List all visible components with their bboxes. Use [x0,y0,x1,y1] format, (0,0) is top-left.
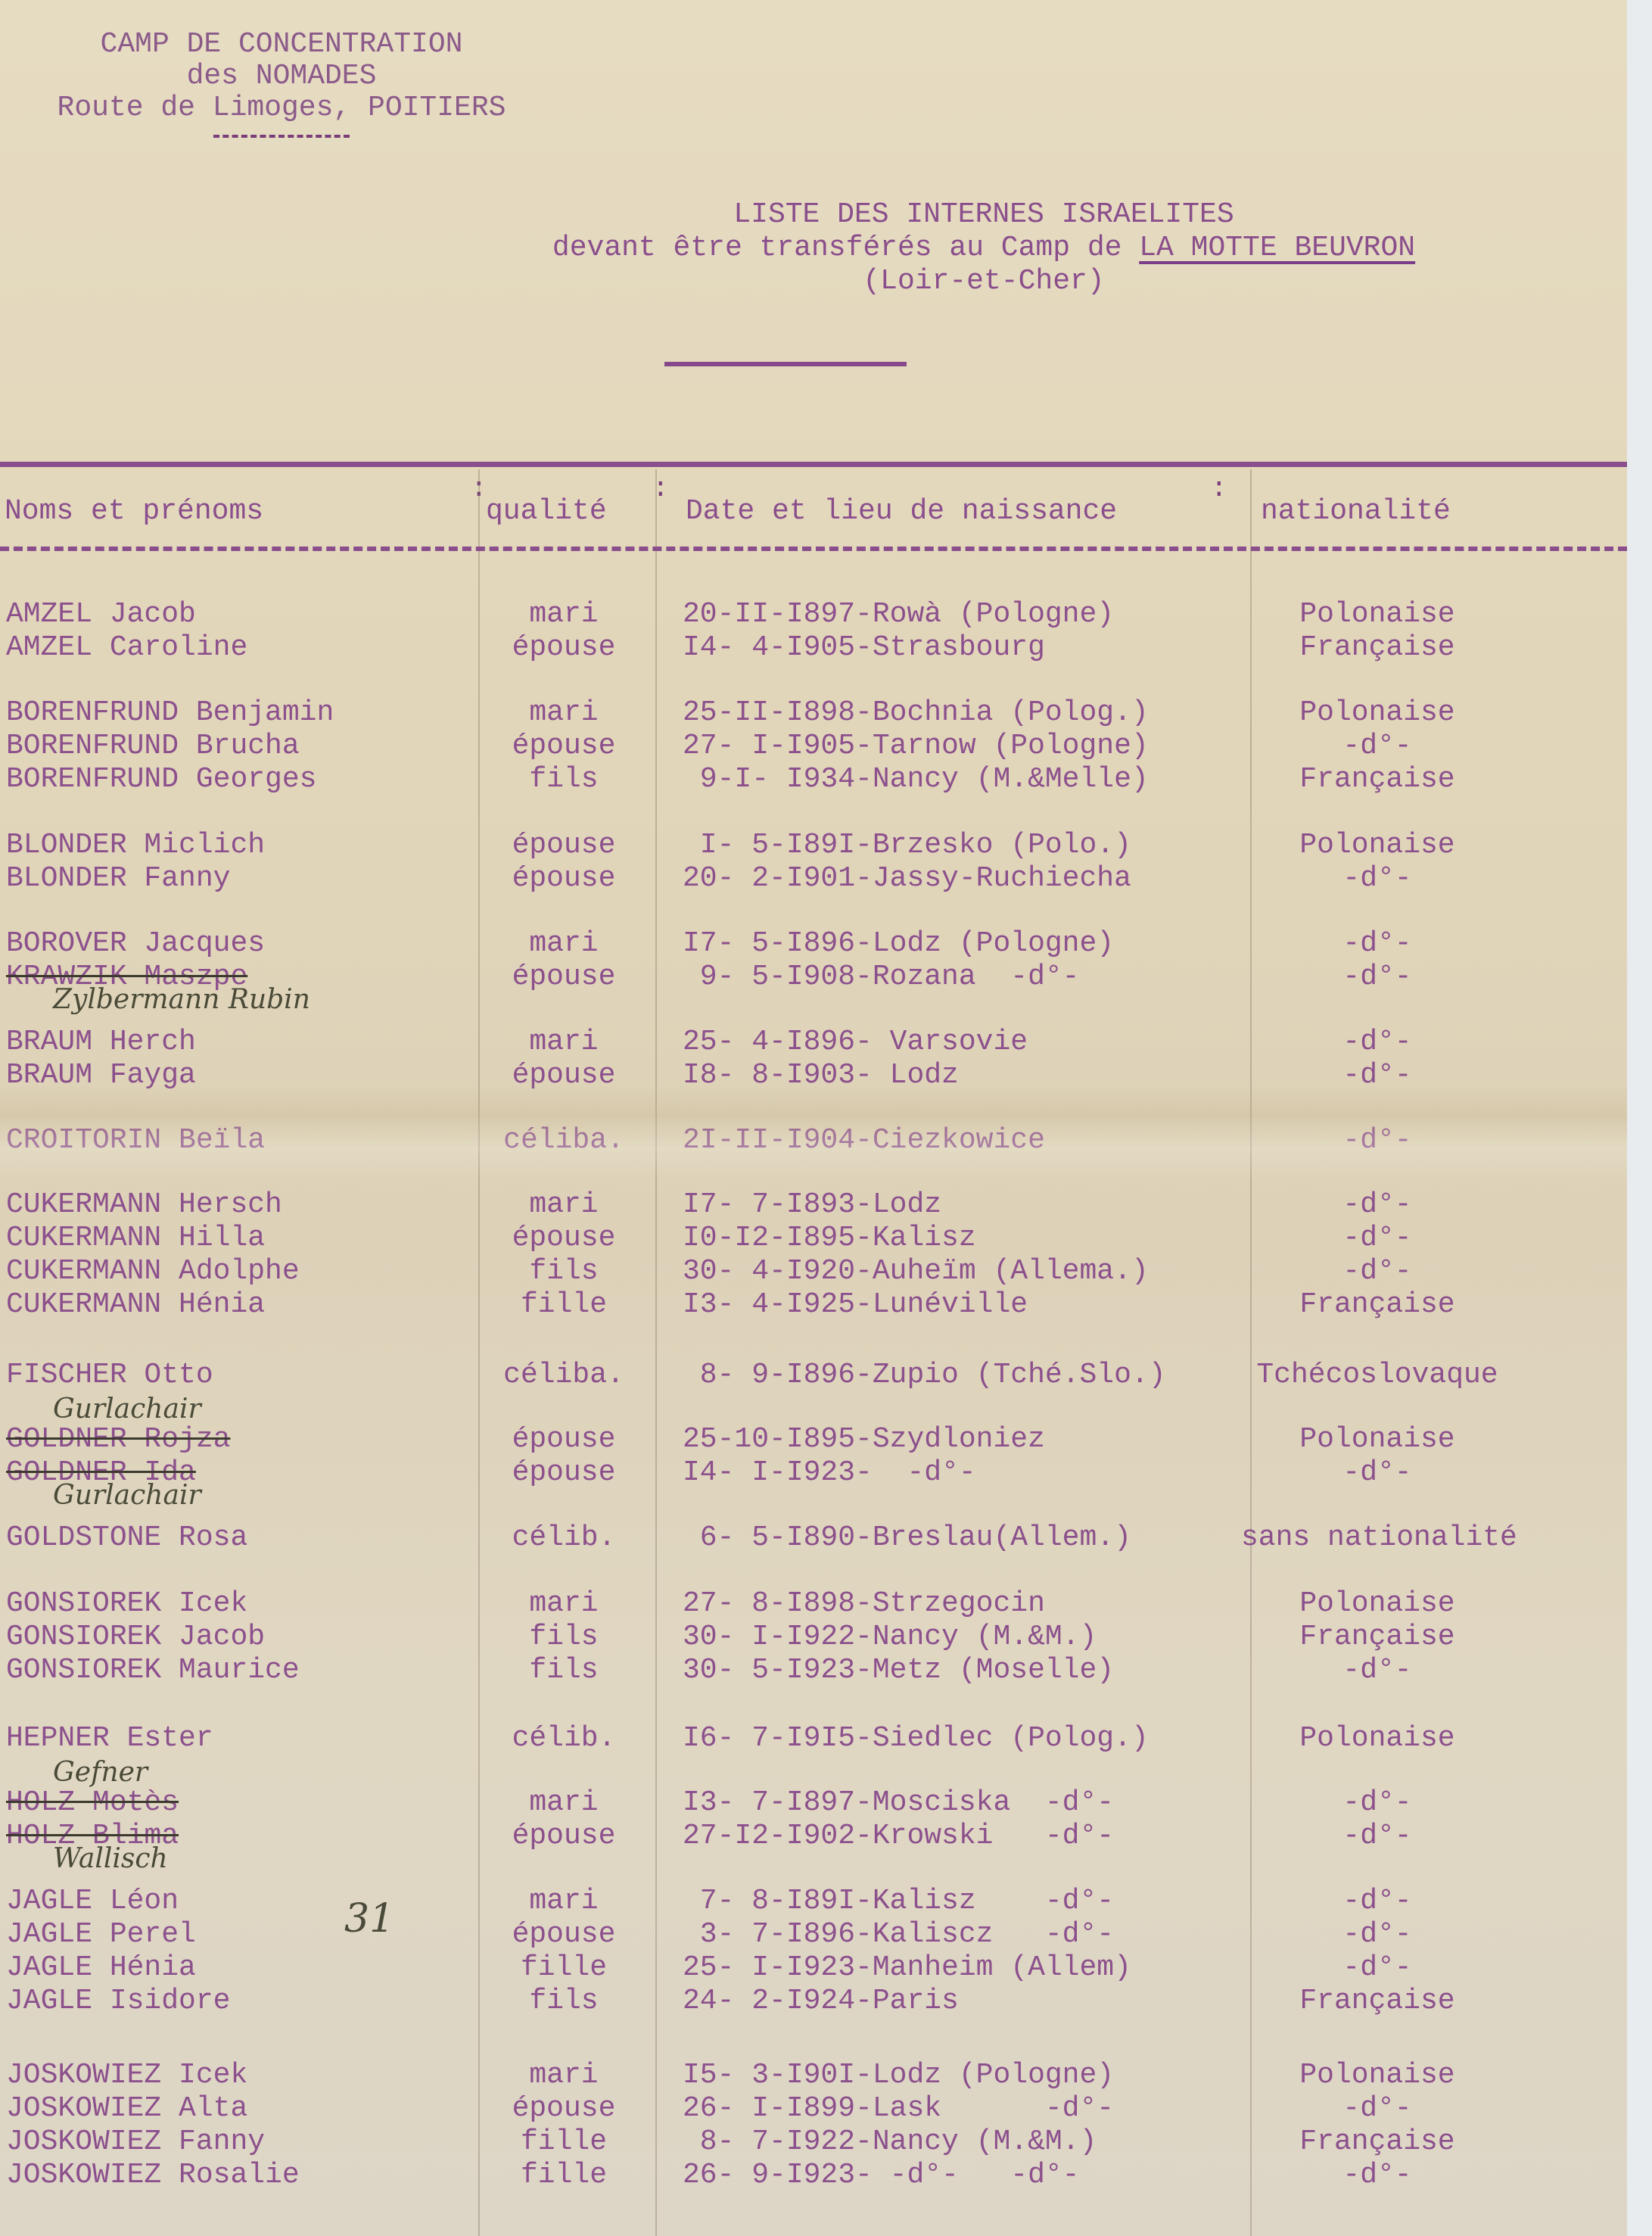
title-line-2: devant être transférés au Camp de LA MOT… [454,232,1514,265]
internee-name: BORENFRUND Georges [6,763,316,796]
table-row: CUKERMANN HillaépouseI0-I2-I895-Kalisz-d… [0,1222,1627,1255]
table-row: BLONDER Fannyépouse20- 2-I901-Jassy-Ruch… [0,862,1627,895]
table-row: FISCHER Ottocéliba. 8- 9-I896-Zupio (Tch… [0,1359,1627,1392]
family-role: fille [469,2159,658,2192]
handwritten-correction: Wallisch [53,1842,168,1876]
birth-date-place: 27-I2-I902-Krowski -d°- [683,1820,1114,1853]
birth-date-place: 27- I-I905-Tarnow (Pologne) [683,730,1149,763]
column-header-names: Noms et prénoms [5,495,263,528]
letterhead-line-3: Route de Limoges, POITIERS [39,92,524,124]
internee-name: JOSKOWIEZ Icek [6,2059,247,2092]
birth-date-place: 20-II-I897-Rowà (Pologne) [683,598,1114,631]
family-role: fille [469,1288,658,1322]
table-row: BORENFRUND Benjaminmari25-II-I898-Bochni… [0,696,1627,730]
family-role: mari [469,2059,658,2092]
family-role: mari [469,1188,658,1222]
document-title: LISTE DES INTERNES ISRAELITES devant êtr… [454,198,1514,298]
table-row: JOSKOWIEZ Fannyfille 8- 7-I922-Nancy (M.… [0,2125,1627,2159]
table-row: JOSKOWIEZ Rosaliefille26- 9-I923- -d°- -… [0,2159,1627,2192]
handwritten-correction: Zylbermann Rubin [53,983,310,1017]
table-header-rule [0,547,1627,551]
birth-date-place: 30- 4-I920-Auheïm (Allema.) [683,1255,1149,1288]
table-row: BRAUM Herchmari25- 4-I896- Varsovie-d°- [0,1026,1627,1059]
nationality: -d°- [1241,1456,1514,1490]
table-row: CROITORIN Beïlacéliba.2I-II-I904-Ciezkow… [0,1124,1627,1157]
family-role: épouse [469,2092,658,2125]
birth-date-place: 2I-II-I904-Ciezkowice [683,1124,1045,1157]
internee-name: AMZEL Jacob [6,598,196,631]
table-row: KRAWZIK Maszpeépouse 9- 5-I908-Rozana -d… [0,961,1627,994]
internee-name: CUKERMANN Adolphe [6,1255,300,1288]
nationality: -d°- [1241,1222,1514,1255]
birth-date-place: 25- I-I923-Manheim (Allem) [683,1951,1131,1985]
internee-name: BORENFRUND Benjamin [6,696,334,730]
internee-name: CUKERMANN Hilla [6,1222,265,1255]
family-role: mari [469,1026,658,1059]
letterhead-line-2: des NOMADES [39,61,524,92]
birth-date-place: 20- 2-I901-Jassy-Ruchiecha [683,862,1131,895]
nationality: Polonaise [1241,598,1514,631]
nationality: Polonaise [1241,1423,1514,1456]
birth-date-place: I3- 7-I897-Mosciska -d°- [683,1786,1114,1820]
nationality: -d°- [1241,1188,1514,1222]
internee-name: CUKERMANN Hersch [6,1188,282,1222]
internee-name: BRAUM Herch [6,1026,196,1059]
table-row: GOLDNER Rojzaépouse25-10-I895-Szydloniez… [0,1423,1627,1456]
nationality: Française [1241,1621,1514,1654]
internee-name: JOSKOWIEZ Fanny [6,2125,265,2159]
family-role: mari [469,598,658,631]
table-row: AMZEL CarolineépouseI4- 4-I905-Strasbour… [0,631,1627,665]
table-row: GONSIOREK Mauricefils30- 5-I923-Metz (Mo… [0,1654,1627,1687]
nationality: -d°- [1241,2159,1514,2192]
birth-date-place: 26- I-I899-Lask -d°- [683,2092,1114,2125]
internee-name: CUKERMANN Hénia [6,1288,265,1322]
birth-date-place: 27- 8-I898-Strzegocin [683,1587,1045,1621]
family-role: fils [469,1621,658,1654]
family-role: fils [469,1985,658,2018]
birth-date-place: I8- 8-I903- Lodz [683,1059,959,1092]
family-role: épouse [469,1456,658,1490]
internee-name: GOLDSTONE Rosa [6,1521,247,1555]
table-row: HOLZ Blimaépouse27-I2-I902-Krowski -d°--… [0,1820,1627,1853]
nationality: -d°- [1241,2092,1514,2125]
family-role: épouse [469,862,658,895]
family-role: fils [469,1255,658,1288]
nationality: -d°- [1241,1255,1514,1288]
table-row: AMZEL Jacobmari20-II-I897-Rowà (Pologne)… [0,598,1627,631]
internee-name: JAGLE Isidore [6,1985,230,2018]
family-role: mari [469,1587,658,1621]
nationality: Française [1241,1288,1514,1322]
family-role: épouse [469,631,658,665]
birth-date-place: I7- 5-I896-Lodz (Pologne) [683,927,1114,961]
family-role: céliba. [469,1359,658,1392]
table-row: JAGLE Perelépouse 3- 7-I896-Kaliscz -d°-… [0,1918,1627,1951]
internee-name: BLONDER Fanny [6,862,230,895]
birth-date-place: I4- I-I923- -d°- [683,1456,976,1490]
internee-name: BOROVER Jacques [6,927,265,961]
nationality: Polonaise [1241,829,1514,862]
nationality: Française [1241,631,1514,665]
birth-date-place: 24- 2-I924-Paris [683,1985,959,2018]
family-role: épouse [469,730,658,763]
family-role: mari [469,1885,658,1918]
internee-name: JAGLE Hénia [6,1951,196,1985]
family-role: célib. [469,1722,658,1755]
birth-date-place: 26- 9-I923- -d°- -d°- [683,2159,1080,2192]
table-row: BOROVER JacquesmariI7- 5-I896-Lodz (Polo… [0,927,1627,961]
table-row: JOSKOWIEZ Altaépouse26- I-I899-Lask -d°-… [0,2092,1627,2125]
nationality: -d°- [1241,1654,1514,1687]
nationality: Française [1241,1985,1514,2018]
nationality: -d°- [1241,1124,1514,1157]
internee-name: JOSKOWIEZ Alta [6,2092,247,2125]
birth-date-place: I- 5-I89I-Brzesko (Polo.) [683,829,1131,862]
family-role: épouse [469,1423,658,1456]
birth-date-place: 8- 9-I896-Zupio (Tché.Slo.) [683,1359,1166,1392]
title-line-3: (Loir-et-Cher) [454,265,1514,298]
title-rule [664,362,907,366]
nationality: -d°- [1241,1786,1514,1820]
table-row: GOLDSTONE Rosacélib. 6- 5-I890-Breslau(A… [0,1521,1627,1555]
document-page: CAMP DE CONCENTRATION des NOMADES Route … [0,0,1627,2236]
table-row: GONSIOREK Jacobfils30- I-I922-Nancy (M.&… [0,1621,1627,1654]
internee-name: GONSIOREK Icek [6,1587,247,1621]
family-role: fille [469,1951,658,1985]
table-row: BLONDER Miclichépouse I- 5-I89I-Brzesko … [0,829,1627,862]
nationality: Polonaise [1241,696,1514,730]
family-role: épouse [469,1820,658,1853]
nationality: -d°- [1241,1059,1514,1092]
nationality: Française [1241,763,1514,796]
family-role: mari [469,927,658,961]
internee-name: HEPNER Ester [6,1722,213,1755]
birth-date-place: 9- 5-I908-Rozana -d°- [683,961,1080,994]
internee-name: JOSKOWIEZ Rosalie [6,2159,300,2192]
birth-date-place: 30- I-I922-Nancy (M.&M.) [683,1621,1097,1654]
birth-date-place: 6- 5-I890-Breslau(Allem.) [683,1521,1131,1555]
internee-name: GOLDNER Rojza [6,1423,230,1456]
birth-date-place: 25-II-I898-Bochnia (Polog.) [683,696,1149,730]
internee-name: BORENFRUND Brucha [6,730,300,763]
nationality: Tchécoslovaque [1241,1359,1514,1392]
nationality: -d°- [1241,927,1514,961]
table-row: HOLZ MotèsmariI3- 7-I897-Mosciska -d°--d… [0,1786,1627,1820]
birth-date-place: I6- 7-I9I5-Siedlec (Polog.) [683,1722,1149,1755]
birth-date-place: 7- 8-I89I-Kalisz -d°- [683,1885,1114,1918]
family-role: fille [469,2125,658,2159]
internee-name: JAGLE Perel [6,1918,196,1951]
internee-name: CROITORIN Beïla [6,1124,265,1157]
letterhead: CAMP DE CONCENTRATION des NOMADES Route … [39,29,524,141]
family-role: mari [469,696,658,730]
table-row: JAGLE Isidorefils24- 2-I924-ParisFrançai… [0,1985,1627,2018]
destination-camp: LA MOTTE BEUVRON [1139,232,1415,264]
birth-date-place: 30- 5-I923-Metz (Moselle) [683,1654,1114,1687]
birth-date-place: I5- 3-I90I-Lodz (Pologne) [683,2059,1114,2092]
family-role: épouse [469,829,658,862]
nationality: -d°- [1241,1951,1514,1985]
title-line-2-prefix: devant être transférés au Camp de [552,232,1139,264]
nationality: Polonaise [1241,1587,1514,1621]
family-role: fils [469,763,658,796]
table-row: CUKERMANN HéniafilleI3- 4-I925-Lunéville… [0,1288,1627,1322]
handwritten-correction: Gurlachair [53,1479,201,1512]
table-row: JAGLE Héniafille25- I-I923-Manheim (Alle… [0,1951,1627,1985]
nationality: sans nationalité [1241,1521,1514,1555]
internee-name: GONSIOREK Jacob [6,1621,265,1654]
birth-date-place: I7- 7-I893-Lodz [683,1188,941,1222]
handwritten-correction: Gefner [53,1756,148,1789]
internee-name: HOLZ Motès [6,1786,179,1820]
birth-date-place: 25-10-I895-Szydloniez [683,1423,1045,1456]
birth-date-place: 9-I- I934-Nancy (M.&Melle) [683,763,1149,796]
family-role: célib. [469,1521,658,1555]
family-role: épouse [469,961,658,994]
birth-date-place: I0-I2-I895-Kalisz [683,1222,976,1255]
table-row: GONSIOREK Icekmari27- 8-I898-StrzegocinP… [0,1587,1627,1621]
title-line-1: LISTE DES INTERNES ISRAELITES [454,198,1514,232]
table-row: BORENFRUND Georgesfils 9-I- I934-Nancy (… [0,763,1627,796]
internee-name: JAGLE Léon [6,1885,179,1918]
column-marker: : [1211,473,1227,504]
internee-name: BRAUM Fayga [6,1059,196,1092]
letterhead-line-1: CAMP DE CONCENTRATION [39,29,524,61]
birth-date-place: 25- 4-I896- Varsovie [683,1026,1028,1059]
family-role: épouse [469,1222,658,1255]
column-header-naissance: Date et lieu de naissance [686,495,1117,528]
nationality: -d°- [1241,1820,1514,1853]
nationality: -d°- [1241,862,1514,895]
column-header-qualite: qualité [486,495,607,528]
nationality: -d°- [1241,1885,1514,1918]
table-row: JOSKOWIEZ IcekmariI5- 3-I90I-Lodz (Polog… [0,2059,1627,2092]
birth-date-place: I4- 4-I905-Strasbourg [683,631,1045,665]
table-row: CUKERMANN Adolphefils30- 4-I920-Auheïm (… [0,1255,1627,1288]
family-role: mari [469,1786,658,1820]
nationality: Polonaise [1241,1722,1514,1755]
family-role: épouse [469,1059,658,1092]
birth-date-place: I3- 4-I925-Lunéville [683,1288,1028,1322]
table-row: HEPNER Estercélib.I6- 7-I9I5-Siedlec (Po… [0,1722,1627,1755]
table-row: GOLDNER IdaépouseI4- I-I923- -d°--d°-Gur… [0,1456,1627,1490]
pencil-annotation: 31 [344,1896,394,1942]
letterhead-rule [213,135,350,141]
table-row: BORENFRUND Bruchaépouse27- I-I905-Tarnow… [0,730,1627,763]
nationality: -d°- [1241,730,1514,763]
nationality: -d°- [1241,1918,1514,1951]
internee-name: BLONDER Miclich [6,829,265,862]
nationality: Polonaise [1241,2059,1514,2092]
birth-date-place: 3- 7-I896-Kaliscz -d°- [683,1918,1114,1951]
table-row: JAGLE Léonmari 7- 8-I89I-Kalisz -d°--d°- [0,1885,1627,1918]
internee-name: AMZEL Caroline [6,631,247,665]
birth-date-place: 8- 7-I922-Nancy (M.&M.) [683,2125,1097,2159]
internee-name: GONSIOREK Maurice [6,1654,300,1687]
table-row: CUKERMANN HerschmariI7- 7-I893-Lodz-d°- [0,1188,1627,1222]
nationality: Française [1241,2125,1514,2159]
nationality: -d°- [1241,1026,1514,1059]
family-role: épouse [469,1918,658,1951]
internee-name: FISCHER Otto [6,1359,213,1392]
family-role: céliba. [469,1124,658,1157]
nationality: -d°- [1241,961,1514,994]
handwritten-correction: Gurlachair [53,1393,201,1426]
table-row: BRAUM FaygaépouseI8- 8-I903- Lodz-d°- [0,1059,1627,1092]
column-header-nationalite: nationalité [1261,495,1451,528]
table-top-rule [0,462,1627,467]
family-role: fils [469,1654,658,1687]
